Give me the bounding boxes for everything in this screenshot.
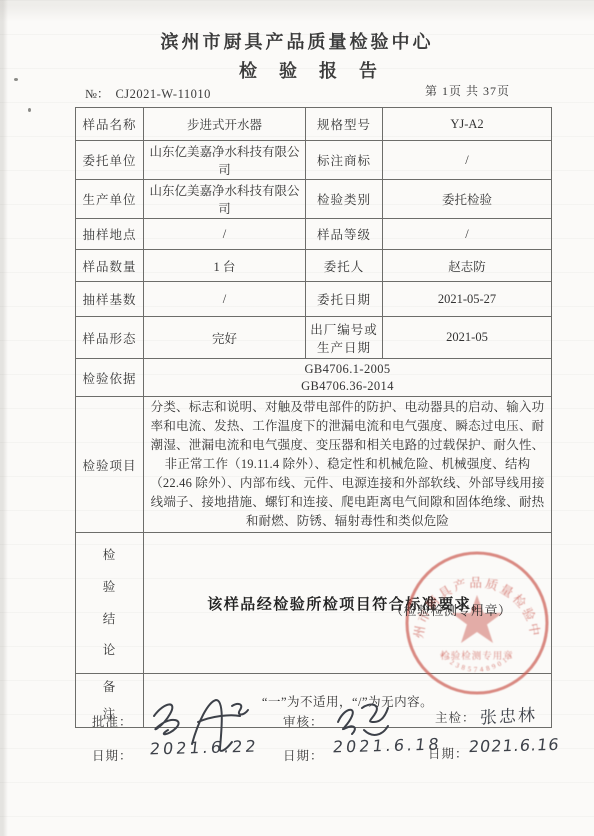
report-number: CJ2021-W-11010 xyxy=(115,87,210,101)
report-number-line: №：CJ2021-W-11010 xyxy=(85,84,211,102)
report-number-label: №： xyxy=(85,87,109,101)
inspection-items-text: 分类、标志和说明、对触及带电部件的防护、电动器具的启动、输入功率和电流、发热、工… xyxy=(144,397,552,533)
row-label: 抽样基数 xyxy=(76,282,144,317)
row-label: 委托日期 xyxy=(306,282,383,317)
row-label: 规格型号 xyxy=(306,108,383,141)
table-row: 样品数量 1 台 委托人 赵志防 xyxy=(76,250,552,282)
approve-date: 2021.6.22 xyxy=(149,737,260,759)
row-label: 检验依据 xyxy=(76,359,144,397)
scan-speck xyxy=(14,78,18,81)
table-row: 抽样地点 / 样品等级 / xyxy=(76,219,552,250)
page-info: 第 1页 共 37页 xyxy=(425,82,510,99)
row-value: 山东亿美嘉净水科技有限公司 xyxy=(144,180,306,219)
approve-label: 批准： xyxy=(92,712,133,730)
row-value: / xyxy=(383,141,552,180)
inspection-basis-value: GB4706.1-2005 GB4706.36-2014 xyxy=(144,359,552,397)
table-row: 样品形态 完好 出厂编号或生产日期 2021-05 xyxy=(76,317,552,359)
basis-line: GB4706.1-2005 xyxy=(148,361,547,378)
inspection-items-row: 检验项目 分类、标志和说明、对触及带电部件的防护、电动器具的启动、输入功率和电流… xyxy=(76,397,552,533)
table-row: 生产单位 山东亿美嘉净水科技有限公司 检验类别 委托检验 xyxy=(76,180,552,219)
row-label: 检验项目 xyxy=(76,397,144,533)
row-value: 赵志防 xyxy=(383,250,552,282)
center-name: 滨州市厨具产品质量检验中心 xyxy=(0,28,594,54)
row-value: / xyxy=(144,219,306,250)
row-label: 生产单位 xyxy=(76,180,144,219)
chief-date: 2021.6.16 xyxy=(468,735,561,756)
row-label: 抽样地点 xyxy=(76,219,144,250)
row-label: 标注商标 xyxy=(306,141,383,180)
row-label: 样品形态 xyxy=(76,317,144,359)
row-label: 检验类别 xyxy=(306,180,383,219)
conclusion-label-char: 检 xyxy=(103,549,117,562)
conclusion-label-char: 论 xyxy=(103,644,117,657)
review-date-label: 日期： xyxy=(283,746,324,764)
row-label: 出厂编号或生产日期 xyxy=(306,317,383,359)
row-value: 完好 xyxy=(144,317,306,359)
scan-speck xyxy=(28,108,31,112)
remark-label-char: 备 xyxy=(103,681,117,694)
row-value: / xyxy=(383,219,552,250)
table-row: 样品名称 步进式开水器 规格型号 YJ-A2 xyxy=(76,108,552,141)
row-label: 委托人 xyxy=(306,250,383,282)
row-label: 委托单位 xyxy=(76,141,144,180)
table-row: 抽样基数 / 委托日期 2021-05-27 xyxy=(76,282,552,317)
chief-signature-name: 张忠林 xyxy=(480,701,538,729)
report-page: 滨州市厨具产品质量检验中心 检验报告 №：CJ2021-W-11010 第 1页… xyxy=(0,0,594,836)
table-row: 委托单位 山东亿美嘉净水科技有限公司 标注商标 / xyxy=(76,141,552,180)
chief-date-label: 日期： xyxy=(428,744,469,762)
row-label: 样品数量 xyxy=(76,250,144,282)
row-value: 1 台 xyxy=(144,250,306,282)
approve-date-label: 日期： xyxy=(92,746,133,764)
row-value: / xyxy=(144,282,306,317)
stamp-caption: （检验检测专用章） xyxy=(390,600,512,619)
basis-line: GB4706.36-2014 xyxy=(148,378,547,395)
row-value: YJ-A2 xyxy=(383,108,552,141)
row-value: 步进式开水器 xyxy=(144,108,306,141)
row-value: 山东亿美嘉净水科技有限公司 xyxy=(144,141,306,180)
review-date: 2021.6.18 xyxy=(332,735,443,757)
row-value: 2021-05-27 xyxy=(383,282,552,317)
row-label: 样品名称 xyxy=(76,108,144,141)
review-label: 审核： xyxy=(283,712,324,730)
conclusion-label: 检 验 结 论 xyxy=(76,533,144,674)
stamp-graphic: 滨州市厨具产品质量检验中心 检验检测专用章 3723857489013 xyxy=(401,547,553,699)
official-stamp: 滨州市厨具产品质量检验中心 检验检测专用章 3723857489013 xyxy=(401,547,553,699)
inspection-basis-row: 检验依据 GB4706.1-2005 GB4706.36-2014 xyxy=(76,359,552,397)
report-title: 检验报告 xyxy=(22,57,594,83)
row-label: 样品等级 xyxy=(306,219,383,250)
conclusion-label-char: 验 xyxy=(103,581,117,594)
chief-label: 主检： xyxy=(435,708,476,726)
row-value: 委托检验 xyxy=(383,180,552,219)
conclusion-label-char: 结 xyxy=(103,613,117,626)
row-value: 2021-05 xyxy=(383,317,552,359)
